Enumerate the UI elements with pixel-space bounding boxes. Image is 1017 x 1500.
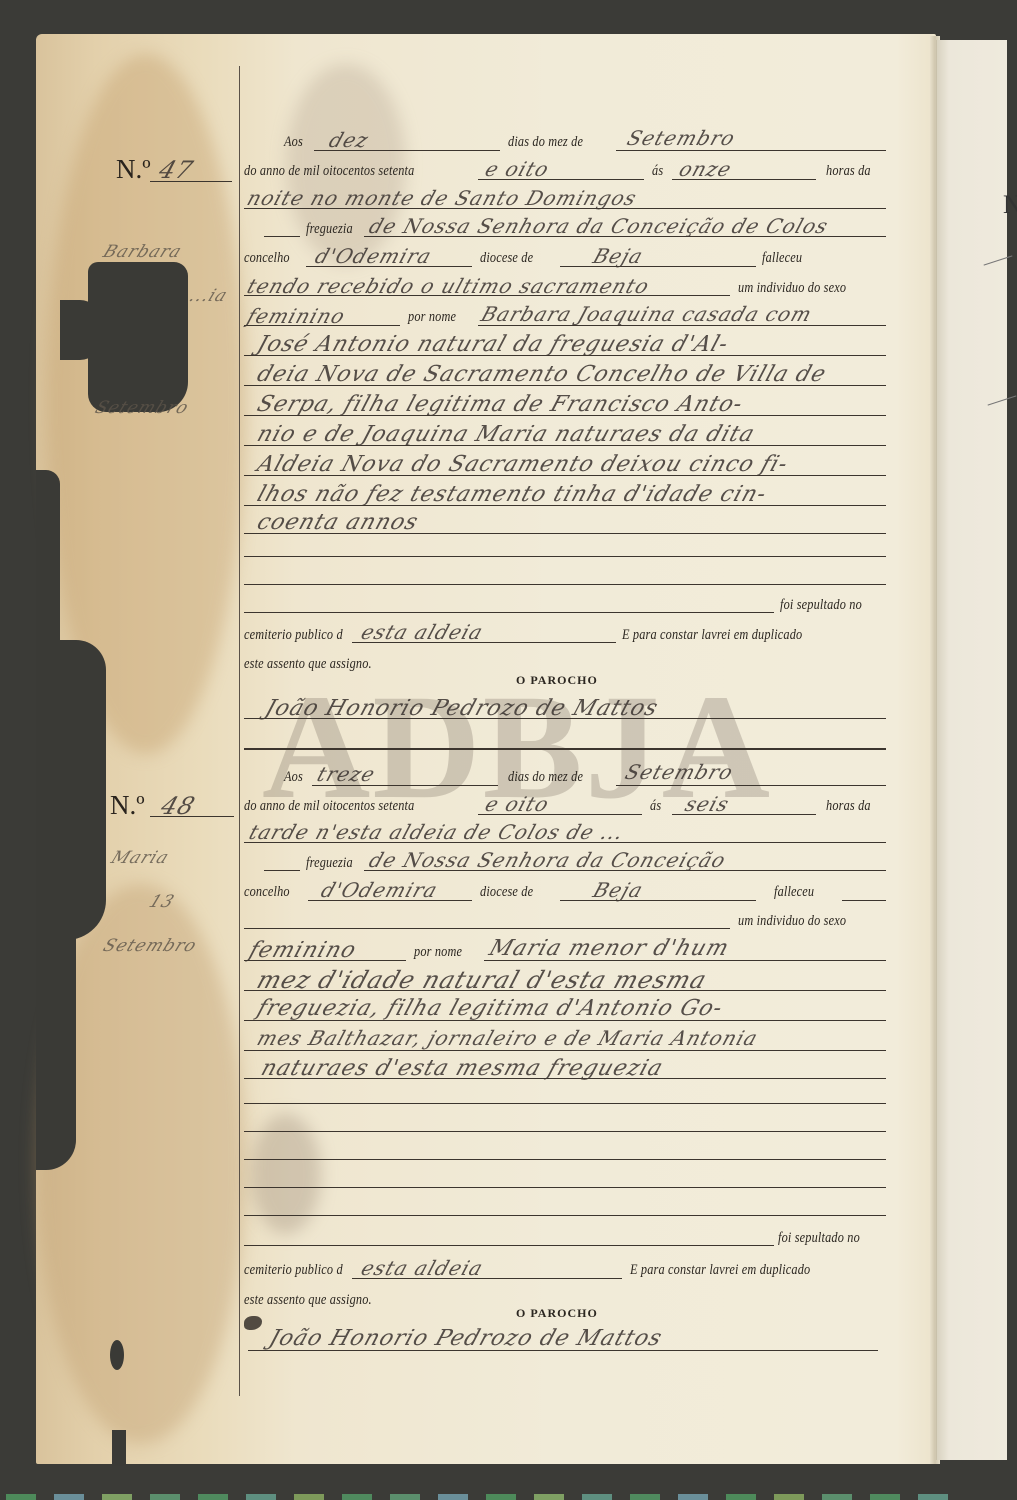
calibration-patch	[54, 1494, 84, 1500]
field-nome-line: nio e de Joaquina Maria naturaes da dita	[254, 422, 758, 447]
field-nome-line: José Antonio natural da freguesia d'Al-	[254, 332, 732, 357]
underline	[244, 960, 406, 961]
underline	[244, 842, 886, 843]
underline	[244, 355, 886, 356]
field-freguezia: de Nossa Senhora da Conceição de Colos	[366, 214, 832, 238]
underline	[244, 1078, 886, 1079]
label-por-nome: por nome	[408, 309, 456, 326]
underline	[308, 900, 472, 901]
parish-priest-signature: João Honorio Pedrozo de Mattos	[266, 1326, 666, 1351]
margin-note-month: Setembro	[100, 936, 200, 956]
label-horas-da: horas da	[826, 163, 871, 180]
underline	[244, 385, 886, 386]
margin-note-name: Barbara	[100, 242, 185, 262]
calibration-patch	[726, 1494, 756, 1500]
signature-line	[248, 1350, 878, 1351]
underline	[560, 900, 756, 901]
underline	[244, 1131, 886, 1132]
underline	[244, 1050, 886, 1051]
underline	[244, 1020, 886, 1021]
field-day: treze	[314, 762, 379, 786]
torn-edge	[112, 1430, 126, 1466]
adjacent-page-edge: N.º	[936, 40, 1007, 1460]
label-individuo: um individuo do sexo	[738, 913, 846, 930]
underline	[244, 1215, 886, 1216]
field-month: Setembro	[624, 126, 739, 150]
field-concelho: d'Odemira	[318, 878, 441, 902]
underline	[244, 445, 886, 446]
label-diocese: diocese de	[480, 884, 533, 901]
underline	[244, 584, 886, 585]
calibration-patch	[582, 1494, 612, 1500]
label-dias-do-mez: dias do mez de	[508, 769, 583, 786]
field-freguezia: de Nossa Senhora da Conceição	[366, 848, 729, 872]
field-diocese: Beja	[590, 244, 646, 268]
underline	[264, 236, 300, 237]
label-por-nome: por nome	[414, 944, 462, 961]
underline	[478, 179, 644, 180]
torn-hole	[60, 300, 100, 360]
underline	[478, 814, 642, 815]
underline	[352, 1278, 622, 1279]
underline	[244, 990, 886, 991]
calibration-patch	[678, 1494, 708, 1500]
label-aos: Aos	[284, 769, 303, 786]
field-year: e oito	[482, 792, 553, 816]
field-hour: seis	[682, 792, 733, 816]
label-anno: do anno de mil oitocentos setenta	[244, 798, 414, 815]
underline	[244, 556, 886, 557]
field-hour: onze	[676, 157, 735, 181]
margin-note-name: Maria	[108, 848, 172, 868]
label-falleceu: falleceu	[762, 250, 802, 267]
underline	[244, 1159, 886, 1160]
underline	[364, 236, 886, 237]
label-concelho: concelho	[244, 884, 290, 901]
underline	[244, 612, 774, 613]
color-calibration-strip	[0, 1494, 1017, 1500]
field-nome-line: Aldeia Nova do Sacramento deixou cinco f…	[254, 452, 792, 477]
label-cemiterio: cemiterio publico d	[244, 627, 343, 644]
calibration-patch	[486, 1494, 516, 1500]
underline	[314, 150, 500, 151]
calibration-patch	[246, 1494, 276, 1500]
field-horas-da: tarde n'esta aldeia de Colos de ...	[246, 820, 627, 844]
label-individuo: um individuo do sexo	[738, 280, 846, 297]
field-nome-line: lhos não fez testamento tinha d'idade ci…	[254, 482, 770, 507]
underline	[264, 870, 300, 871]
label-freguezia: freguezia	[306, 221, 353, 238]
label-falleceu: falleceu	[774, 884, 814, 901]
field-cemiterio: esta aldeia	[358, 620, 487, 644]
label-horas-da: horas da	[826, 798, 871, 815]
field-day: dez	[326, 128, 372, 152]
underline	[616, 150, 886, 151]
adjacent-number-label: N.º	[1003, 190, 1017, 220]
underline	[364, 870, 886, 871]
torn-hole	[110, 1340, 124, 1370]
torn-edge	[36, 640, 106, 940]
label-as: ás	[650, 798, 661, 815]
underline	[244, 295, 730, 296]
field-nome-line: deia Nova de Sacramento Concelho de Vill…	[254, 362, 830, 387]
signature-heading: O PAROCHO	[516, 673, 598, 688]
field-nome-line: Maria menor d'hum	[486, 936, 733, 961]
underline	[560, 266, 756, 267]
underline	[244, 1187, 886, 1188]
label-diocese: diocese de	[480, 250, 533, 267]
number-underline	[150, 816, 234, 817]
calibration-patch	[6, 1494, 36, 1500]
calibration-patch	[774, 1494, 804, 1500]
entry-number-label: N.º	[110, 790, 145, 821]
underline	[306, 266, 472, 267]
entry-number-label: N.º	[116, 154, 151, 185]
underline	[244, 505, 886, 506]
label-anno: do anno de mil oitocentos setenta	[244, 163, 414, 180]
calibration-patch	[438, 1494, 468, 1500]
underline	[672, 179, 816, 180]
calibration-patch	[870, 1494, 900, 1500]
calibration-patch	[102, 1494, 132, 1500]
label-sepultado: foi sepultado no	[780, 597, 862, 614]
field-nome-line: Barbara Joaquina casada com	[478, 302, 815, 326]
label-as: ás	[652, 163, 663, 180]
field-concelho: d'Odemira	[312, 244, 435, 268]
underline	[244, 928, 730, 929]
underline	[484, 960, 886, 961]
field-nome-line: mes Balthazar, jornaleiro e de Maria Ant…	[254, 1026, 761, 1050]
field-nome-line: coenta annos	[254, 510, 422, 535]
underline	[244, 325, 400, 326]
underline	[312, 785, 498, 786]
underline	[478, 325, 886, 326]
label-aos: Aos	[284, 134, 303, 151]
calibration-patch	[630, 1494, 660, 1500]
margin-rule	[239, 66, 240, 1396]
field-month: Setembro	[622, 760, 737, 784]
entry-divider	[244, 748, 886, 750]
label-constar: E para constar lavrei em duplicado	[630, 1262, 810, 1279]
calibration-patch	[390, 1494, 420, 1500]
calibration-patch	[342, 1494, 372, 1500]
underline	[842, 900, 886, 901]
label-assento: este assento que assigno.	[244, 1292, 372, 1309]
underline	[672, 814, 816, 815]
underline	[244, 1245, 774, 1246]
underline	[244, 1103, 886, 1104]
label-cemiterio: cemiterio publico d	[244, 1262, 343, 1279]
field-nome-line: freguezia, filha legitima d'Antonio Go-	[254, 996, 726, 1021]
underline	[244, 415, 886, 416]
field-cemiterio: esta aldeia	[358, 1256, 487, 1280]
calibration-patch	[534, 1494, 564, 1500]
underline	[244, 208, 886, 209]
margin-note-month: Setembro	[92, 398, 192, 418]
underline	[616, 785, 886, 786]
calibration-patch	[150, 1494, 180, 1500]
signature-line	[244, 718, 886, 719]
calibration-patch	[822, 1494, 852, 1500]
torn-edge	[36, 920, 76, 1170]
field-nome-line: Serpa, filha legitima de Francisco Anto-	[254, 392, 746, 417]
calibration-patch	[918, 1494, 948, 1500]
number-underline	[150, 181, 232, 182]
underline	[244, 475, 886, 476]
label-assento: este assento que assigno.	[244, 656, 372, 673]
underline	[244, 533, 886, 534]
label-sepultado: foi sepultado no	[778, 1230, 860, 1247]
label-dias-do-mez: dias do mez de	[508, 134, 583, 151]
label-constar: E para constar lavrei em duplicado	[622, 627, 802, 644]
field-horas-da: noite no monte de Santo Domingos	[244, 186, 640, 210]
torn-hole	[88, 262, 188, 412]
field-diocese: Beja	[590, 878, 646, 902]
calibration-patch	[198, 1494, 228, 1500]
field-year: e oito	[482, 157, 553, 181]
label-concelho: concelho	[244, 250, 290, 267]
underline	[352, 642, 616, 643]
label-freguezia: freguezia	[306, 855, 353, 872]
torn-edge	[36, 470, 60, 660]
calibration-patch	[294, 1494, 324, 1500]
signature-heading: O PAROCHO	[516, 1306, 598, 1321]
water-stain	[251, 1114, 321, 1234]
